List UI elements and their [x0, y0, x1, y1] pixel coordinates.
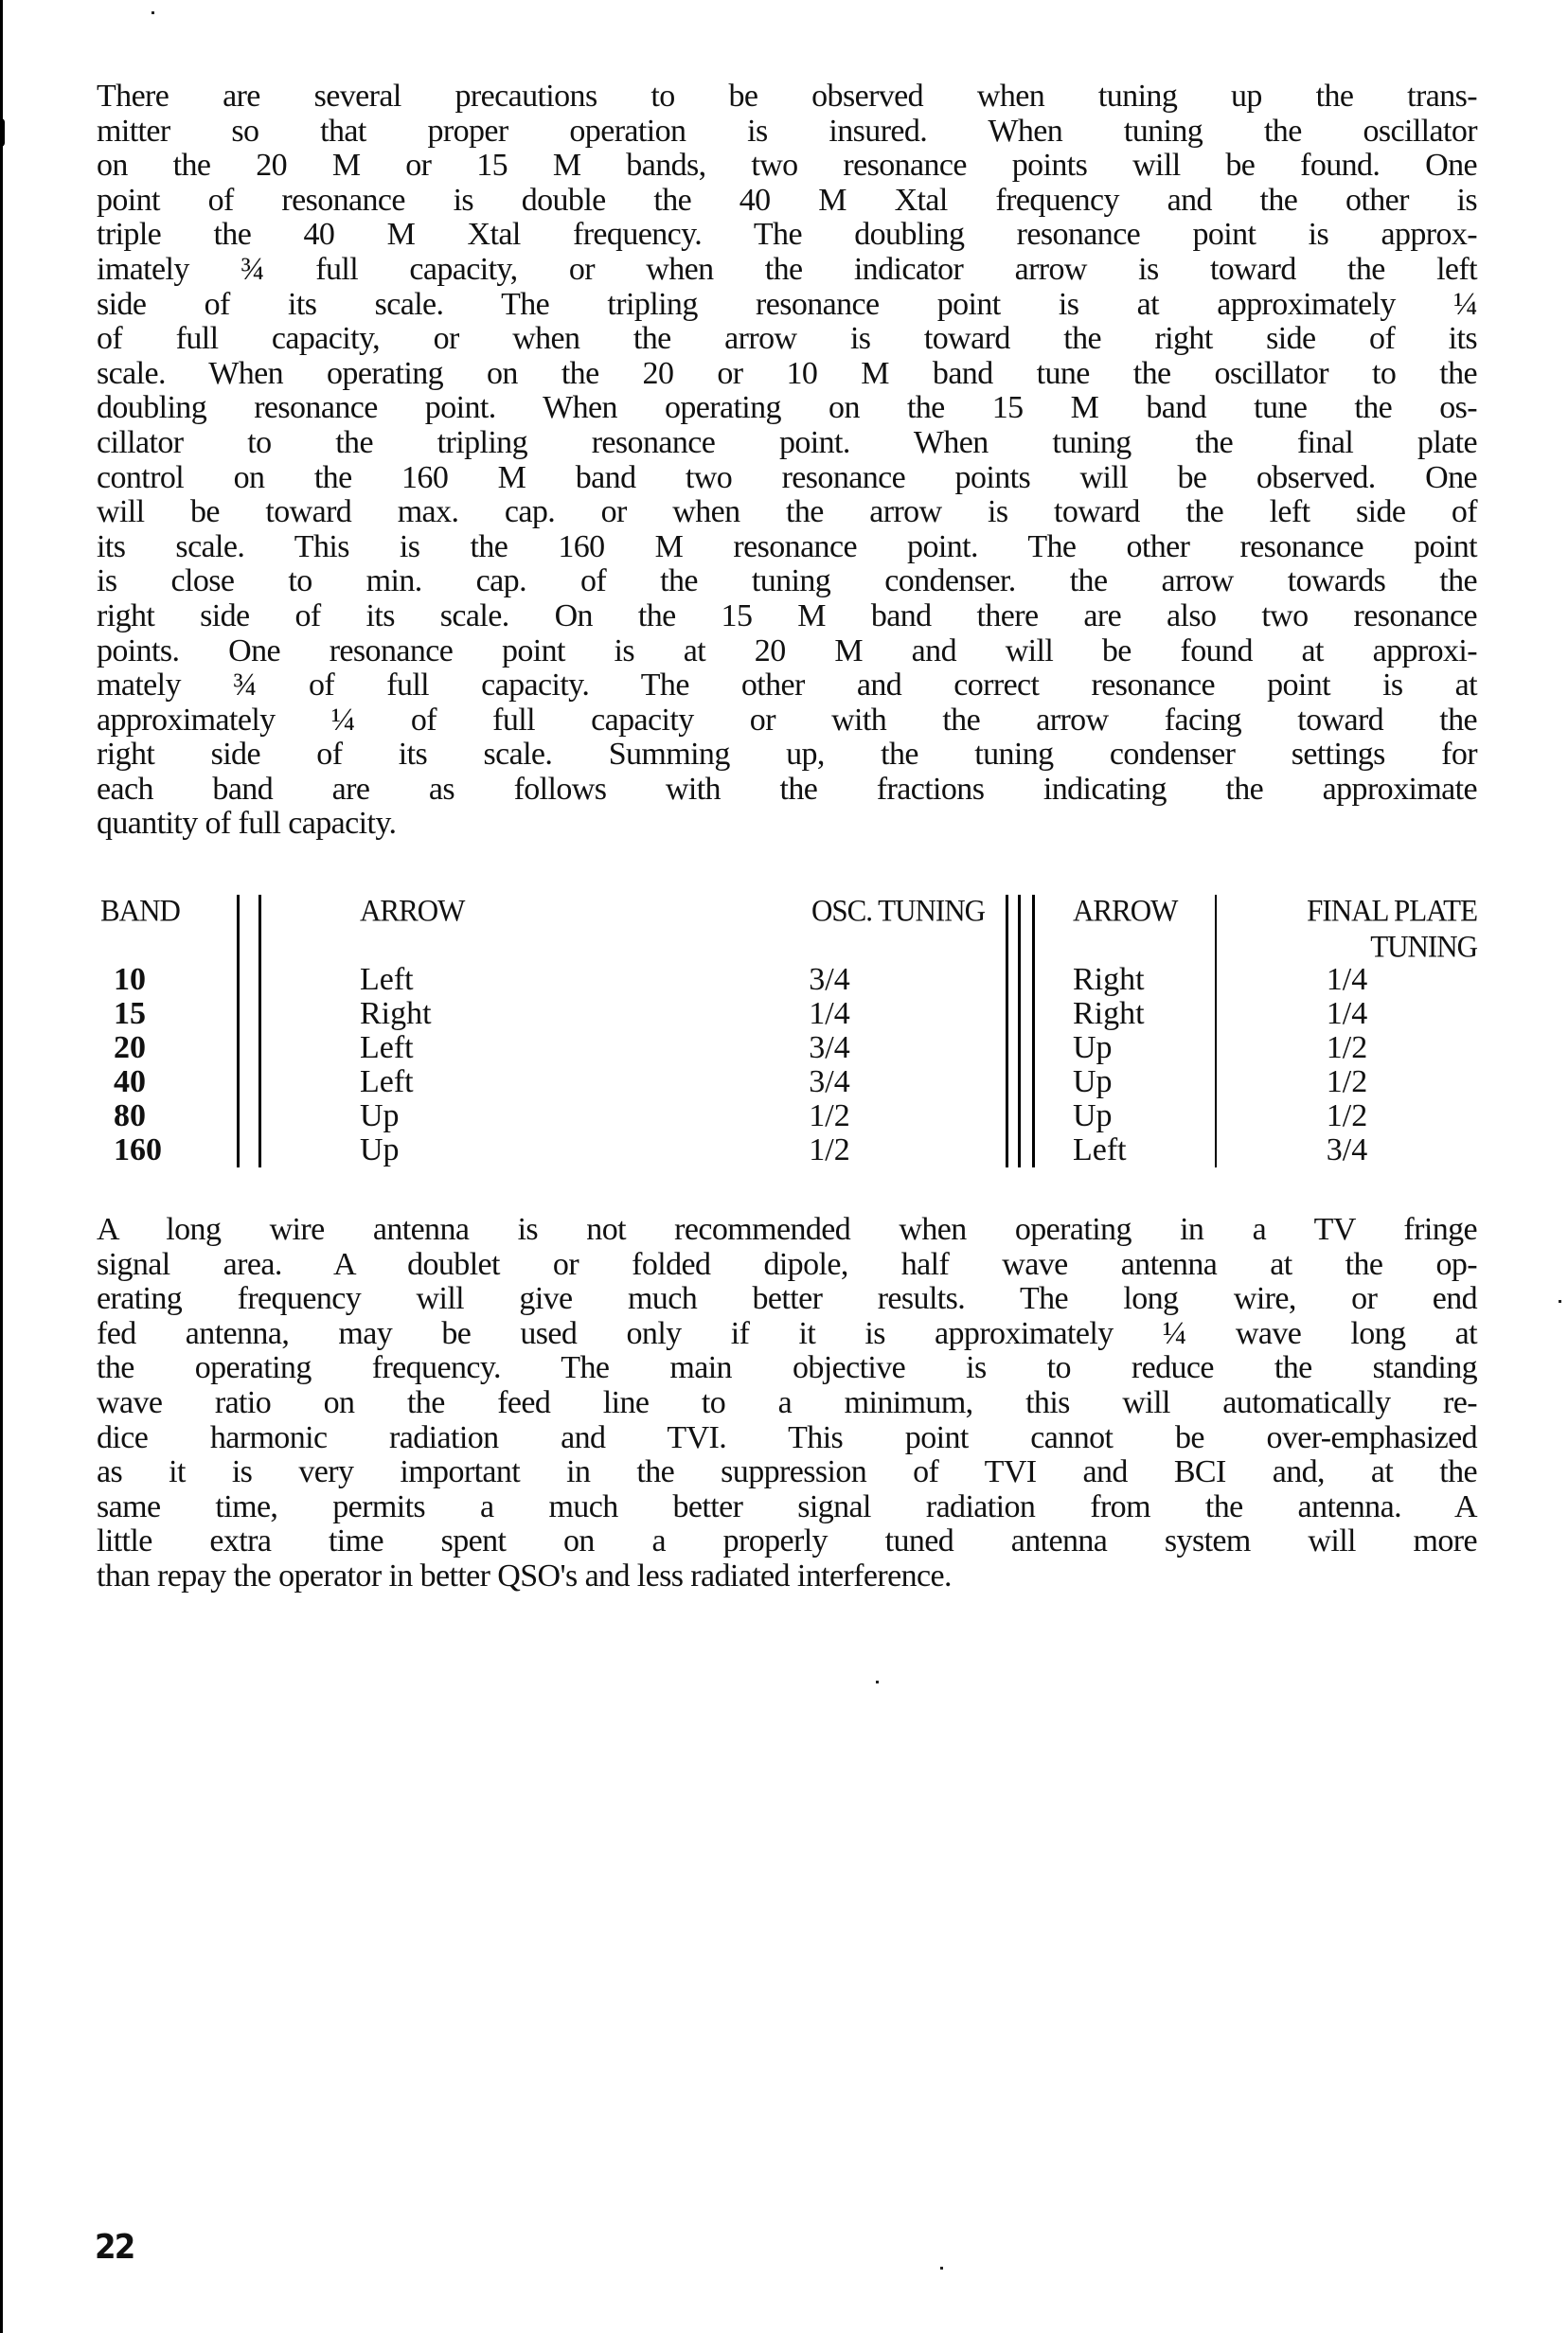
- text-line: right side of its scale. Summing up, the…: [97, 738, 1477, 773]
- osc-tuning-cell: 3/4: [653, 1065, 1007, 1099]
- osc-tuning-cell: 1/2: [653, 1133, 1007, 1167]
- spacer: [1007, 997, 1020, 1031]
- band-cell: 20: [97, 1031, 239, 1065]
- header-osc-arrow: ARROW: [260, 893, 654, 965]
- header-final-arrow: ARROW: [1034, 893, 1217, 965]
- text-line: points. One resonance point is at 20 M a…: [97, 634, 1477, 669]
- osc-tuning-cell: 1/2: [653, 1099, 1007, 1133]
- spacer: [1007, 963, 1020, 997]
- final-arrow-cell: Left: [1034, 1133, 1217, 1167]
- text-line: doubling resonance point. When operating…: [97, 391, 1477, 426]
- final-tuning-cell: 1/2: [1216, 1031, 1477, 1065]
- final-tuning-cell: 3/4: [1216, 1133, 1477, 1167]
- text-line: wave ratio on the feed line to a minimum…: [97, 1386, 1477, 1421]
- double-rule-divider: [1020, 1065, 1034, 1099]
- text-line: on the 20 M or 15 M bands, two resonance…: [97, 149, 1477, 184]
- table-row: 15Right1/4Right1/4: [97, 997, 1477, 1031]
- double-rule-divider: [1020, 1099, 1034, 1133]
- spacer: [1007, 1133, 1020, 1167]
- paragraph-antenna-advice: A long wire antenna is not recommended w…: [97, 1213, 1477, 1594]
- double-rule-divider: [239, 1133, 260, 1167]
- band-cell: 10: [97, 963, 239, 997]
- double-rule-divider: [239, 1031, 260, 1065]
- double-rule-divider: [239, 963, 260, 997]
- spacer: [1007, 1065, 1020, 1099]
- text-line: There are several precautions to be obse…: [97, 80, 1477, 115]
- text-line: its scale. This is the 160 M resonance p…: [97, 530, 1477, 565]
- text-line: of full capacity, or when the arrow is t…: [97, 322, 1477, 357]
- header-band: BAND: [97, 893, 239, 965]
- double-rule-divider: [239, 1099, 260, 1133]
- osc-tuning-cell: 3/4: [653, 963, 1007, 997]
- table-row: 10Left3/4Right1/4: [97, 963, 1477, 997]
- text-line: scale. When operating on the 20 or 10 M …: [97, 357, 1477, 392]
- table-row: 160Up1/2Left3/4: [97, 1133, 1477, 1167]
- text-line: is close to min. cap. of the tuning cond…: [97, 564, 1477, 599]
- scan-speck: [1559, 1300, 1561, 1303]
- double-rule-divider: [1020, 893, 1034, 965]
- final-arrow-cell: Right: [1034, 997, 1217, 1031]
- text-line: point of resonance is double the 40 M Xt…: [97, 184, 1477, 219]
- text-line: will be toward max. cap. or when the arr…: [97, 495, 1477, 530]
- double-rule-divider: [1020, 1031, 1034, 1065]
- scan-edge-shadow: [0, 0, 3, 2333]
- final-arrow-cell: Right: [1034, 963, 1217, 997]
- osc-arrow-cell: Up: [260, 1133, 654, 1167]
- text-line: the operating frequency. The main object…: [97, 1351, 1477, 1386]
- table-row: 20Left3/4Up1/2: [97, 1031, 1477, 1065]
- text-line: same time, permits a much better signal …: [97, 1490, 1477, 1525]
- table-row: 80Up1/2Up1/2: [97, 1099, 1477, 1133]
- document-page: There are several precautions to be obse…: [97, 80, 1477, 1594]
- band-cell: 40: [97, 1065, 239, 1099]
- text-line: imately ¾ full capacity, or when the ind…: [97, 253, 1477, 288]
- text-line: control on the 160 M band two resonance …: [97, 461, 1477, 496]
- text-line: little extra time spent on a properly tu…: [97, 1524, 1477, 1559]
- double-rule-divider: [1020, 1133, 1034, 1167]
- paragraph-tuning-precautions: There are several precautions to be obse…: [97, 80, 1477, 842]
- final-tuning-cell: 1/2: [1216, 1065, 1477, 1099]
- double-rule-divider: [239, 893, 260, 965]
- band-cell: 80: [97, 1099, 239, 1133]
- spacer: [1007, 1031, 1020, 1065]
- text-line: quantity of full capacity.: [97, 807, 1477, 842]
- text-line: signal area. A doublet or folded dipole,…: [97, 1248, 1477, 1283]
- double-rule-divider: [1020, 997, 1034, 1031]
- band-cell: 160: [97, 1133, 239, 1167]
- table-header-row: BAND ARROW OSC. TUNING ARROW FINAL PLATE…: [97, 895, 1477, 963]
- header-osc-tuning: OSC. TUNING: [653, 893, 1007, 965]
- osc-arrow-cell: Up: [260, 1099, 654, 1133]
- scan-speck: [151, 11, 154, 14]
- text-line: approximately ¼ of full capacity or with…: [97, 703, 1477, 739]
- text-line: side of its scale. The tripling resonanc…: [97, 288, 1477, 323]
- header-final-plate-tuning: FINAL PLATE TUNING: [1216, 893, 1477, 965]
- osc-tuning-cell: 1/4: [653, 997, 1007, 1031]
- scan-speck: [940, 2267, 943, 2270]
- table-row: 40Left3/4Up1/2: [97, 1065, 1477, 1099]
- osc-arrow-cell: Left: [260, 1031, 654, 1065]
- text-line: fed antenna, may be used only if it is a…: [97, 1317, 1477, 1352]
- tuning-settings-table: BAND ARROW OSC. TUNING ARROW FINAL PLATE…: [97, 895, 1477, 1167]
- double-rule-divider: [1020, 963, 1034, 997]
- scan-edge-mark: [0, 118, 5, 147]
- final-tuning-cell: 1/2: [1216, 1099, 1477, 1133]
- spacer: [1007, 1099, 1020, 1133]
- double-rule-divider: [239, 997, 260, 1031]
- page-number: 22: [95, 2228, 134, 2267]
- text-line: dice harmonic radiation and TVI. This po…: [97, 1421, 1477, 1456]
- osc-tuning-cell: 3/4: [653, 1031, 1007, 1065]
- text-line: cillator to the tripling resonance point…: [97, 426, 1477, 461]
- osc-arrow-cell: Left: [260, 963, 654, 997]
- double-rule-divider: [239, 1065, 260, 1099]
- final-arrow-cell: Up: [1034, 1065, 1217, 1099]
- text-line: than repay the operator in better QSO's …: [97, 1559, 1477, 1594]
- osc-arrow-cell: Left: [260, 1065, 654, 1099]
- scan-speck: [876, 1681, 879, 1683]
- spacer: [1007, 893, 1020, 965]
- text-line: erating frequency will give much better …: [97, 1282, 1477, 1317]
- text-line: mately ¾ of full capacity. The other and…: [97, 668, 1477, 703]
- text-line: triple the 40 M Xtal frequency. The doub…: [97, 218, 1477, 253]
- final-tuning-cell: 1/4: [1216, 963, 1477, 997]
- text-line: mitter so that proper operation is insur…: [97, 115, 1477, 150]
- band-cell: 15: [97, 997, 239, 1031]
- osc-arrow-cell: Right: [260, 997, 654, 1031]
- text-line: A long wire antenna is not recommended w…: [97, 1213, 1477, 1248]
- text-line: each band are as follows with the fracti…: [97, 773, 1477, 808]
- final-arrow-cell: Up: [1034, 1099, 1217, 1133]
- text-line: right side of its scale. On the 15 M ban…: [97, 599, 1477, 634]
- final-tuning-cell: 1/4: [1216, 997, 1477, 1031]
- text-line: as it is very important in the suppressi…: [97, 1455, 1477, 1490]
- final-arrow-cell: Up: [1034, 1031, 1217, 1065]
